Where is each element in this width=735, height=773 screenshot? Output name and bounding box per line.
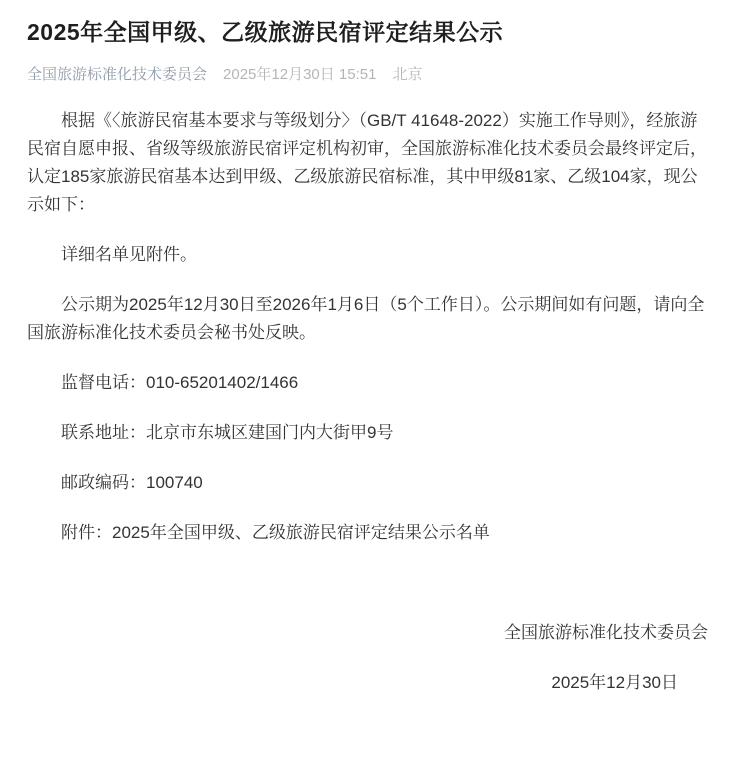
signature-organization: 全国旅游标准化技术委员会 xyxy=(27,619,708,647)
signature-date: 2025年12月30日 xyxy=(27,669,708,697)
article-page: 2025年全国甲级、乙级旅游民宿评定结果公示 全国旅游标准化技术委员会2025年… xyxy=(0,0,735,773)
contact-address-line: 联系地址：北京市东城区建国门内大街甲9号 xyxy=(27,419,708,447)
publicity-period-paragraph: 公示期为2025年12月30日至2026年1月6日（5个工作日）。公示期间如有问… xyxy=(27,291,708,347)
article-body: 根据《〈旅游民宿基本要求与等级划分〉（GB/T 41648-2022）实施工作导… xyxy=(27,107,708,697)
publish-datetime: 2025年12月30日 15:51 xyxy=(223,66,376,83)
signature-block: 全国旅游标准化技术委员会 2025年12月30日 xyxy=(27,619,708,697)
page-title: 2025年全国甲级、乙级旅游民宿评定结果公示 xyxy=(27,16,708,48)
attachment-title-line: 附件：2025年全国甲级、乙级旅游民宿评定结果公示名单 xyxy=(27,519,708,547)
postal-code-line: 邮政编码：100740 xyxy=(27,469,708,497)
article-meta: 全国旅游标准化技术委员会2025年12月30日 15:51北京 xyxy=(27,64,708,85)
intro-paragraph: 根据《〈旅游民宿基本要求与等级划分〉（GB/T 41648-2022）实施工作导… xyxy=(27,107,708,219)
supervision-phone-line: 监督电话：010-65201402/1466 xyxy=(27,369,708,397)
attachment-note-paragraph: 详细名单见附件。 xyxy=(27,241,708,269)
publish-location: 北京 xyxy=(392,66,422,83)
source-account-link[interactable]: 全国旅游标准化技术委员会 xyxy=(27,66,207,83)
